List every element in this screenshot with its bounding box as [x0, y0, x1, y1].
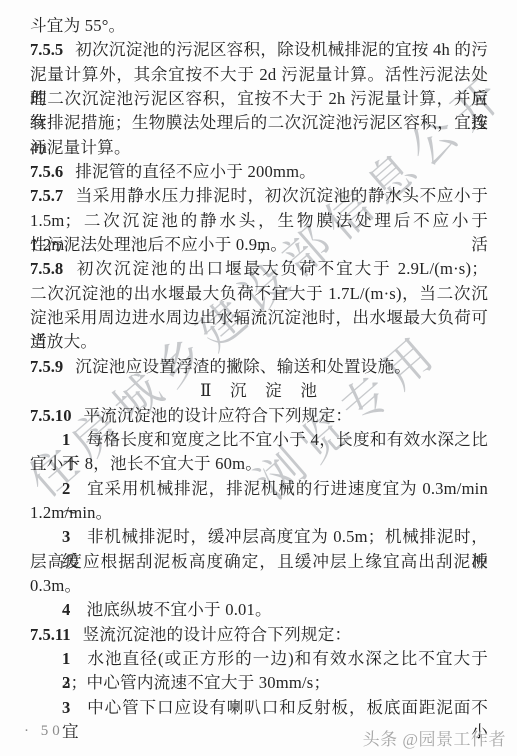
line-text: 中心管内流速不宜大于 30mm/s；: [87, 673, 331, 692]
line-text: 池底纵坡不宜小于 0.01。: [87, 600, 272, 619]
text-line: 二次沉淀池的出水堰最大负荷不宜大于 1.7L/(m·s)，当二次沉: [30, 282, 488, 306]
text-line: 当放大。: [30, 330, 488, 354]
line-text: 沉淀池应设置浮渣的撇除、输送和处置设施。: [75, 357, 411, 376]
text-line: 层高度应根据刮泥板高度确定，且缓冲层上缘宜高出刮泥板: [30, 550, 488, 574]
line-text: 初次沉淀池的污泥区容积，除设机械排泥的宜按 4h 的污: [75, 40, 488, 59]
clause-number: 7.5.10: [30, 406, 71, 425]
clause-number: 2: [62, 479, 71, 498]
line-text: 排泥管的直径不应小于 200mm。: [75, 162, 316, 181]
clause-number: 1: [62, 430, 71, 449]
text-line: 7.5.9沉淀池应设置浮渣的撇除、输送和处置设施。: [30, 355, 488, 379]
text-line: 7.5.7当采用静水压力排泥时，初次沉淀池的静水头不应小于: [30, 184, 488, 208]
text-line: 7.5.11竖流沉淀池的设计应符合下列规定：: [30, 623, 488, 647]
watermark-credit: 头条 @园景工作者: [363, 725, 506, 750]
text-line: 7.5.5初次沉淀池的污泥区容积，除设机械排泥的宜按 4h 的污: [30, 38, 488, 62]
clause-number: 1: [62, 649, 71, 668]
text-line: 斗宜为 55°。: [30, 14, 488, 38]
text-line: 宜小于 8，池长不宜大于 60m。: [30, 452, 488, 476]
text-line: 3非机械排泥时，缓冲层高度宜为 0.5m；机械排泥时，缓冲: [30, 525, 488, 549]
text-line: 泥量计算外，其余宜按不大于 2d 污泥量计算。活性污泥法处理后: [30, 63, 488, 87]
clause-number: 7.5.7: [30, 186, 63, 205]
line-text: 层高度应根据刮泥板高度确定，且缓冲层上缘宜高出刮泥板: [30, 552, 488, 571]
text-line: 7.5.8初次沉淀池的出口堰最大负荷不宜大于 2.9L/(m·s)；: [30, 257, 488, 281]
line-text: Ⅱ 沉 淀 池: [200, 381, 318, 400]
line-text: 宜小于 8，池长不宜大于 60m。: [30, 454, 262, 473]
clause-number: 7.5.6: [30, 162, 63, 181]
clause-number: 7.5.9: [30, 357, 63, 376]
page-content: 斗宜为 55°。7.5.5初次沉淀池的污泥区容积，除设机械排泥的宜按 4h 的污…: [30, 14, 488, 720]
document-page: { "document": { "colors": { "background"…: [0, 0, 517, 756]
line-text: 1.2m/min。: [30, 503, 112, 522]
text-line: 1.5m；二次沉淀池的静水头，生物膜法处理后不应小于 1.2m，活: [30, 209, 488, 233]
clause-number: 4: [62, 600, 71, 619]
line-text: 平流沉淀池的设计应符合下列规定：: [83, 406, 352, 425]
text-line: 的二次沉淀池污泥区容积，宜按不大于 2h 污泥量计算，并应有连: [30, 87, 488, 111]
line-text: 初次沉淀池的出口堰最大负荷不宜大于 2.9L/(m·s)；: [75, 259, 488, 278]
text-line: 4池底纵坡不宜小于 0.01。: [30, 598, 488, 622]
line-text: 当放大。: [30, 332, 97, 351]
text-line: 淀池采用周边进水周边出水辐流沉淀池时，出水堰最大负荷可适: [30, 306, 488, 330]
text-line: 7.5.10平流沉淀池的设计应符合下列规定：: [30, 404, 488, 428]
line-text: 性污泥法处理池后不应小于 0.9m。: [30, 235, 287, 254]
section-heading: Ⅱ 沉 淀 池: [30, 379, 488, 403]
text-line: 1水池直径(或正方形的一边)和有效水深之比不宜大于 3；: [30, 647, 488, 671]
line-text: 污泥量计算。: [30, 138, 131, 157]
page-number: · 50 ·: [24, 723, 81, 740]
text-line: 1每格长度和宽度之比不宜小于 4，长度和有效水深之比不: [30, 428, 488, 452]
text-line: 3中心管下口应设有喇叭口和反射板，板底面距泥面不宜小: [30, 696, 488, 720]
text-line: 污泥量计算。: [30, 136, 488, 160]
line-text: 竖流沉淀池的设计应符合下列规定：: [83, 625, 352, 644]
scanned-page-background: 住房城乡建设部信息公开 浏览专用 斗宜为 55°。7.5.5初次沉淀池的污泥区容…: [0, 0, 517, 756]
text-line: 2中心管内流速不宜大于 30mm/s；: [30, 671, 488, 695]
text-line: 1.2m/min。: [30, 501, 488, 525]
clause-number: 7.5.11: [30, 625, 71, 644]
line-text: 斗宜为 55°。: [30, 16, 125, 35]
line-text: 0.3m。: [30, 576, 81, 595]
clause-number: 7.5.8: [30, 259, 63, 278]
clause-number: 7.5.5: [30, 40, 63, 59]
text-line: 续排泥措施；生物膜法处理后的二次沉淀池污泥区容积，宜按 4h: [30, 111, 488, 135]
text-line: 0.3m。: [30, 574, 488, 598]
clause-number: 3: [62, 527, 71, 546]
line-text: 二次沉淀池的出水堰最大负荷不宜大于 1.7L/(m·s)，当二次沉: [30, 284, 488, 303]
clause-number: 2: [62, 673, 71, 692]
line-text: 当采用静水压力排泥时，初次沉淀池的静水头不应小于: [75, 186, 488, 205]
text-line: 2宜采用机械排泥，排泥机械的行进速度宜为 0.3m/min～: [30, 477, 488, 501]
text-line: 7.5.6排泥管的直径不应小于 200mm。: [30, 160, 488, 184]
clause-number: 3: [62, 698, 71, 717]
